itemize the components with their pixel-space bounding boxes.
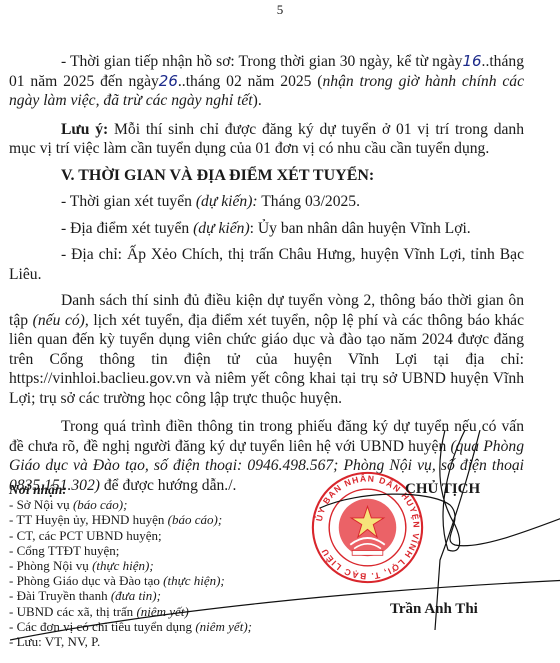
recipient-item: - CT, các PCT UBND huyện; [9,528,252,543]
page-number: 5 [0,2,560,18]
list-notice-paragraph: Danh sách thí sinh đủ điều kiện dự tuyển… [9,291,524,408]
exam-place-line: - Địa điểm xét tuyển (dự kiến): Ủy ban n… [9,219,524,239]
recipients-title: Nơi nhận: [9,482,252,497]
document-body: - Thời gian tiếp nhận hồ sơ: Trong thời … [9,52,524,495]
recipient-item: - Sở Nội vụ (báo cáo); [9,497,252,512]
note-paragraph: Lưu ý: Mỗi thí sinh chỉ được đăng ký dự … [9,120,524,159]
signer-position: CHỦ TỊCH [405,481,480,498]
recipient-item: - Đài Truyền thanh (đưa tin); [9,588,252,603]
note-label: Lưu ý: [61,121,108,138]
recipient-item: - Lưu: VT, NV, P. [9,634,252,649]
recipient-item: - Phòng Nội vụ (thực hiện); [9,558,252,573]
signature-block: ỦY BAN NHÂN DÂN HUYỆN VĨNH LỢI, T. BẠC L… [300,440,560,663]
handwritten-start-day: 16 [462,52,481,70]
recipient-item: - Các đơn vị có chỉ tiêu tuyển dụng (niê… [9,619,252,634]
recipient-item: - Phòng Giáo dục và Đào tạo (thực hiện); [9,573,252,588]
section-heading: V. THỜI GIAN VÀ ĐỊA ĐIỂM XÉT TUYỂN: [9,166,524,186]
exam-time-line: - Thời gian xét tuyển (dự kiến): Tháng 0… [9,192,524,212]
signer-name: Trần Anh Thi [390,601,478,618]
receipt-period-paragraph: - Thời gian tiếp nhận hồ sơ: Trong thời … [9,52,524,111]
recipient-item: - UBND các xã, thị trấn (niêm yết) [9,604,252,619]
recipients-list: Nơi nhận: - Sở Nội vụ (báo cáo);- TT Huy… [9,482,252,649]
recipient-item: - TT Huyện ủy, HĐND huyện (báo cáo); [9,512,252,527]
address-line: - Địa chỉ: Ấp Xẻo Chích, thị trấn Châu H… [9,245,524,284]
handwritten-end-day: 26 [159,72,178,90]
recipient-item: - Cổng TTĐT huyện; [9,543,252,558]
